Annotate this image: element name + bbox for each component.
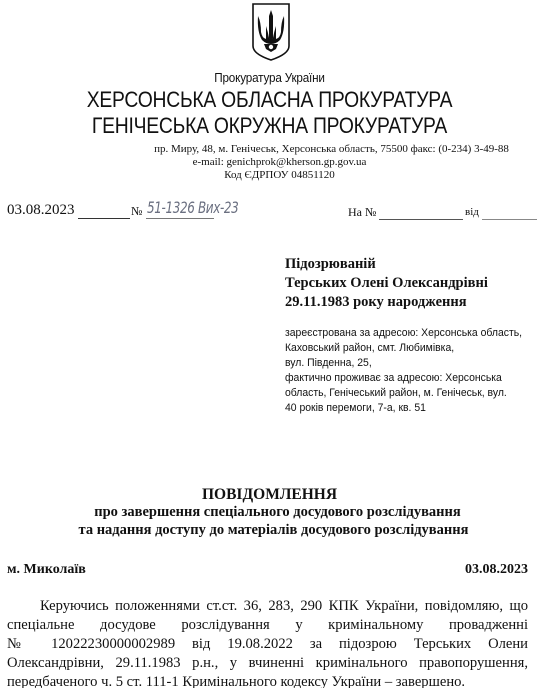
org-parent-name: Прокуратура України <box>27 70 512 85</box>
notice-title: ПОВІДОМЛЕННЯ <box>0 486 539 504</box>
body-line: Керуючись положеннями ст.ст. 36, 283, 29… <box>40 597 528 616</box>
notice-place: м. Миколаїв <box>7 562 86 578</box>
residence-line: 40 років перемоги, 7-а, кв. 51 <box>285 401 426 416</box>
notice-subtitle-line2: та надання доступу до матеріалів досудов… <box>4 522 539 539</box>
notice-subtitle-line1: про завершення спеціального досудового р… <box>8 504 539 521</box>
body-line: передбаченого ч. 5 ст. 111-1 Кримінально… <box>7 673 528 688</box>
org-address: пр. Миру, 48, м. Генічеськ, Херсонська о… <box>62 143 539 155</box>
reply-from-label: від <box>465 206 479 218</box>
org-name-line2: ГЕНІЧЕСЬКА ОКРУЖНА ПРОКУРАТУРА <box>38 113 502 139</box>
reply-to-number-label: На № <box>348 205 376 220</box>
coat-of-arms-icon <box>250 2 292 62</box>
residence-line: вул. Південна, 25, <box>285 356 372 371</box>
outgoing-date: 03.08.2023 <box>7 202 75 219</box>
reply-to-number-blank <box>379 219 463 220</box>
residence-line: Каховський район, смт. Любимівка, <box>285 341 454 356</box>
residence-line: область, Генічеський район, м. Генічеськ… <box>285 386 507 401</box>
blank-line <box>146 218 214 219</box>
addressee-name: Терських Олені Олександрівні <box>285 274 488 292</box>
outgoing-number-handwritten: 51-1326 Вих-23 <box>147 198 238 217</box>
addressee-role: Підозрюваній <box>285 255 376 273</box>
org-name-line1: ХЕРСОНСЬКА ОБЛАСНА ПРОКУРАТУРА <box>38 87 502 113</box>
blank-line <box>78 218 130 219</box>
body-line: № 12022230000002989 від 19.08.2022 за пі… <box>7 635 528 654</box>
notice-date: 03.08.2023 <box>465 562 528 578</box>
body-line: Олександрівни, 29.11.1983 р.н., у вчинен… <box>7 654 528 673</box>
org-email: e-mail: genichprok@kherson.gp.gov.ua <box>10 156 539 168</box>
reply-from-blank <box>482 219 537 220</box>
residence-line: фактично проживає за адресою: Херсонська <box>285 371 502 386</box>
outgoing-number-label: № <box>131 204 142 219</box>
residence-line: зареєстрована за адресою: Херсонська обл… <box>285 326 522 341</box>
addressee-birthdate: 29.11.1983 року народження <box>285 293 467 311</box>
body-line: спеціальне досудове розслідування у крим… <box>7 616 528 635</box>
org-edrpou: Код ЄДРПОУ 04851120 <box>10 169 539 181</box>
